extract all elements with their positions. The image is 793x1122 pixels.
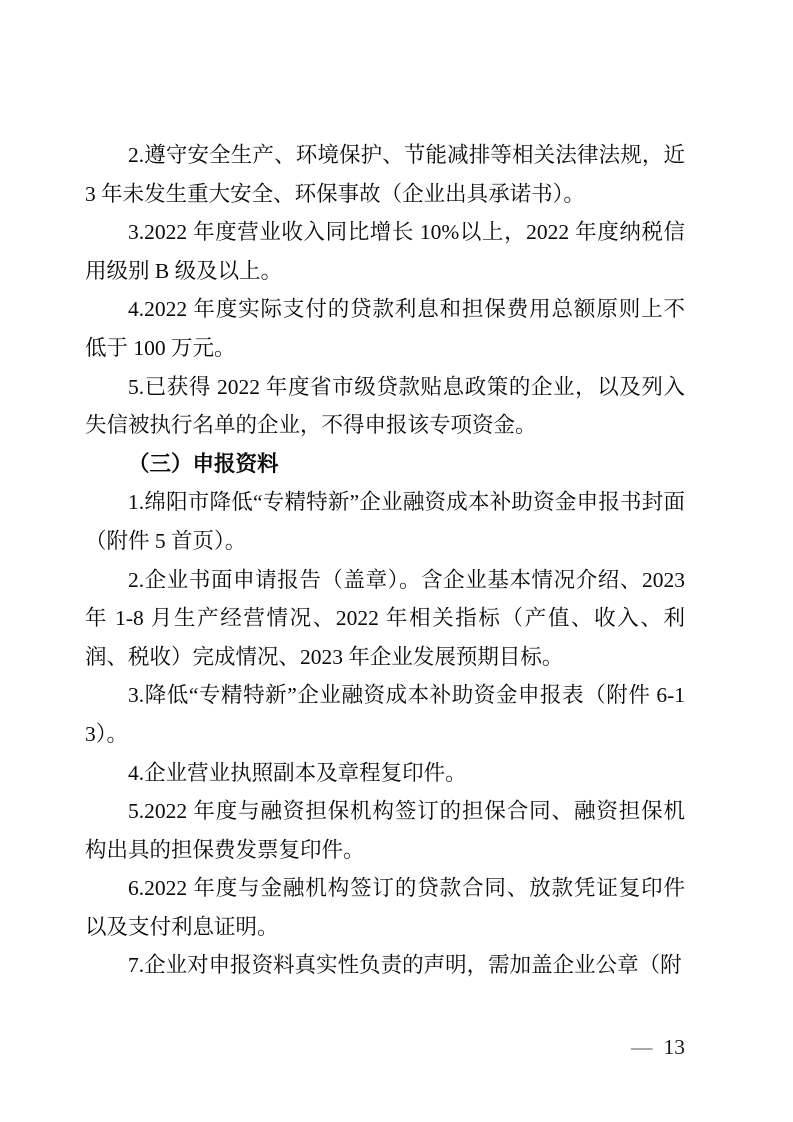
paragraph: 7.企业对申报资料真实性负责的声明，需加盖企业公章（附	[85, 946, 685, 985]
paragraph: 4.2022 年度实际支付的贷款利息和担保费用总额原则上不低于 100 万元。	[85, 290, 685, 367]
document-body: 2.遵守安全生产、环境保护、节能减排等相关法律法规，近 3 年未发生重大安全、环…	[85, 136, 685, 985]
paragraph: 5.2022 年度与融资担保机构签订的担保合同、融资担保机构出具的担保费发票复印…	[85, 792, 685, 869]
paragraph: 4.企业营业执照副本及章程复印件。	[85, 754, 685, 793]
paragraph: 1.绵阳市降低“专精特新”企业融资成本补助资金申报书封面（附件 5 首页）。	[85, 483, 685, 560]
paragraph: 6.2022 年度与金融机构签订的贷款合同、放款凭证复印件以及支付利息证明。	[85, 869, 685, 946]
paragraph: 3.降低“专精特新”企业融资成本补助资金申报表（附件 6-13）。	[85, 676, 685, 753]
paragraph: 5.已获得 2022 年度省市级贷款贴息政策的企业，以及列入失信被执行名单的企业…	[85, 368, 685, 445]
page-footer: —13	[85, 1035, 685, 1059]
page-number: 13	[664, 1035, 686, 1059]
paragraph: 3.2022 年度营业收入同比增长 10%以上，2022 年度纳税信用级别 B …	[85, 213, 685, 290]
document-page: 2.遵守安全生产、环境保护、节能减排等相关法律法规，近 3 年未发生重大安全、环…	[0, 0, 793, 1122]
section-heading: （三）申报资料	[85, 445, 685, 484]
paragraph: 2.企业书面申请报告（盖章）。含企业基本情况介绍、2023 年 1-8 月生产经…	[85, 561, 685, 677]
paragraph: 2.遵守安全生产、环境保护、节能减排等相关法律法规，近 3 年未发生重大安全、环…	[85, 136, 685, 213]
page-number-dash: —	[631, 1035, 653, 1059]
